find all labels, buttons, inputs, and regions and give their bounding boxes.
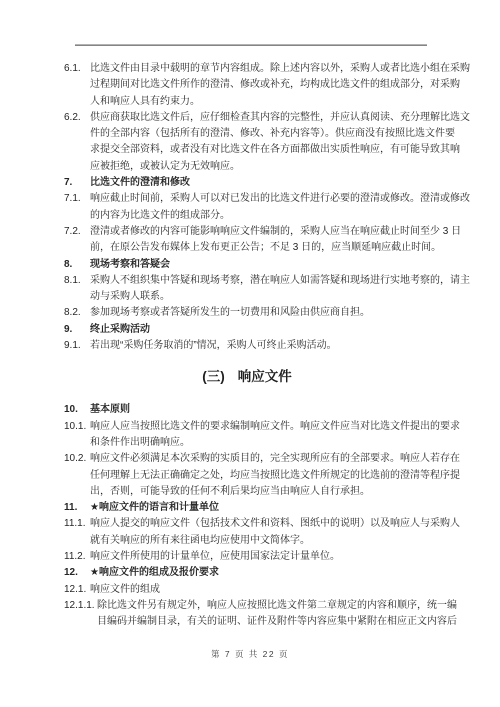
paragraph-lines: 采购人不组织集中答疑和现场考察，潜在响应人如需答疑和现场进行实地考察的，请主动与… xyxy=(90,273,430,306)
header-rule xyxy=(75,44,427,46)
text-line: 就有关响应的所有来往函电均应使用中文简体字。 xyxy=(90,533,430,549)
text-line: 响应文件的组成 xyxy=(90,582,430,598)
item-number: 12.1.1. xyxy=(64,598,97,614)
text-line: 任何理解上无法正确确定之处，均应当按照比选文件所规定的比选前的澄清等程序提 xyxy=(90,468,430,484)
paragraph-lines: 响应人提交的响应文件（包括技术文件和资料、图纸中的说明）以及响应人与采购人就有关… xyxy=(90,516,430,549)
item-number: 10.1. xyxy=(64,419,90,435)
paragraph-lines: 响应文件所使用的计量单位，应使用国家法定计量单位。 xyxy=(90,549,430,565)
text-line: 若出现“采购任务取消的”情况，采购人可终止采购活动。 xyxy=(90,338,430,354)
item-number: 9. xyxy=(64,322,90,338)
doc-paragraph: 6.1.比选文件由目录中载明的章节内容组成。除上述内容以外，采购人或者比选小组在… xyxy=(64,61,430,110)
text-line: 澄清或者修改的内容可能影响响应文件编制的，采购人应当在响应截止时间至少 3 日 xyxy=(90,224,430,240)
item-number: 6.2. xyxy=(64,110,90,126)
text-line: 响应人应当按照比选文件的要求编制响应文件。响应文件应当对比选文件提出的要求 xyxy=(90,419,430,435)
paragraph-lines: 响应人应当按照比选文件的要求编制响应文件。响应文件应当对比选文件提出的要求和条件… xyxy=(90,419,430,452)
item-number: 10. xyxy=(64,402,90,418)
text-line: 过程期间对比选文件所作的澄清、修改或补充，均构成比选文件的组成部分，对采购 xyxy=(90,77,430,93)
section-number: (三) xyxy=(202,369,225,384)
text-line: 应被拒绝，或被认定为无效响应。 xyxy=(90,159,430,175)
paragraph-lines: 比选文件由目录中载明的章节内容组成。除上述内容以外，采购人或者比选小组在采购过程… xyxy=(90,61,430,110)
heading-text: ★响应文件的组成及报价要求 xyxy=(90,565,219,581)
text-line: 和条件作出明确响应。 xyxy=(90,435,430,451)
doc-paragraph: 7.2.澄清或者修改的内容可能影响响应文件编制的，采购人应当在响应截止时间至少 … xyxy=(64,224,430,257)
text-line: 求提交全部资料，或者没有对比选文件在各方面都做出实质性响应，有可能导致其响 xyxy=(90,142,430,158)
doc-heading: 10.基本原则 xyxy=(64,402,430,418)
doc-heading: 7.比选文件的澄清和修改 xyxy=(64,175,430,191)
text-line: 响应文件所使用的计量单位，应使用国家法定计量单位。 xyxy=(90,549,430,565)
doc-paragraph: 10.1.响应人应当按照比选文件的要求编制响应文件。响应文件应当对比选文件提出的… xyxy=(64,419,430,452)
page-footer: 第 7 页 共 22 页 xyxy=(0,648,500,660)
item-number: 8.2. xyxy=(64,305,90,321)
doc-paragraph: 12.1.响应文件的组成 xyxy=(64,582,430,598)
text-line: 比选文件由目录中载明的章节内容组成。除上述内容以外，采购人或者比选小组在采购 xyxy=(90,61,430,77)
text-line: 出，否则，可能导致的任何不利后果均应当由响应人自行承担。 xyxy=(90,484,430,500)
paragraph-lines: 响应文件的组成 xyxy=(90,582,430,598)
item-number: 12. xyxy=(64,565,90,581)
doc-paragraph: 8.1.采购人不组织集中答疑和现场考察，潜在响应人如需答疑和现场进行实地考察的，… xyxy=(64,273,430,306)
section-name: 响应文件 xyxy=(238,369,292,384)
heading-text: 比选文件的澄清和修改 xyxy=(90,175,190,191)
heading-text: 现场考察和答疑会 xyxy=(90,257,170,273)
item-number: 11.2. xyxy=(64,549,90,565)
doc-paragraph: 11.1.响应人提交的响应文件（包括技术文件和资料、图纸中的说明）以及响应人与采… xyxy=(64,516,430,549)
doc-paragraph: 7.1.响应截止时间前，采购人可以对已发出的比选文件进行必要的澄清或修改。澄清或… xyxy=(64,191,430,224)
item-number: 7.2. xyxy=(64,224,90,240)
paragraph-lines: 参加现场考察或者答疑所发生的一切费用和风险由供应商自担。 xyxy=(90,305,430,321)
item-number: 11.1. xyxy=(64,516,90,532)
heading-text: 终止采购活动 xyxy=(90,322,150,338)
text-line: 响应文件必须满足本次采购的实质目的，完全实现所应有的全部要求。响应人若存在 xyxy=(90,451,430,467)
paragraph-lines: 供应商获取比选文件后，应仔细检查其内容的完整性，并应认真阅读、充分理解比选文件的… xyxy=(90,110,430,175)
paragraph-lines: 除比选文件另有规定外，响应人应按照比选文件第二章规定的内容和顺序，统一编目编码并… xyxy=(97,598,430,631)
text-line: 除比选文件另有规定外，响应人应按照比选文件第二章规定的内容和顺序，统一编 xyxy=(97,598,430,614)
heading-text: ★响应文件的语言和计量单位 xyxy=(90,500,219,516)
doc-paragraph: 11.2.响应文件所使用的计量单位，应使用国家法定计量单位。 xyxy=(64,549,430,565)
doc-paragraph: 6.2.供应商获取比选文件后，应仔细检查其内容的完整性，并应认真阅读、充分理解比… xyxy=(64,110,430,175)
paragraph-lines: 若出现“采购任务取消的”情况，采购人可终止采购活动。 xyxy=(90,338,430,354)
item-number: 10.2. xyxy=(64,451,90,467)
paragraph-lines: 响应文件必须满足本次采购的实质目的，完全实现所应有的全部要求。响应人若存在任何理… xyxy=(90,451,430,500)
doc-heading: 8.现场考察和答疑会 xyxy=(64,257,430,273)
section-title: (三)响应文件 xyxy=(64,367,430,387)
paragraph-lines: 响应截止时间前，采购人可以对已发出的比选文件进行必要的澄清或修改。澄清或修改的内… xyxy=(90,191,430,224)
item-number: 11. xyxy=(64,500,90,516)
doc-paragraph: 8.2.参加现场考察或者答疑所发生的一切费用和风险由供应商自担。 xyxy=(64,305,430,321)
item-number: 12.1. xyxy=(64,582,90,598)
doc-paragraph: 12.1.1.除比选文件另有规定外，响应人应按照比选文件第二章规定的内容和顺序，… xyxy=(64,598,430,631)
text-line: 响应截止时间前，采购人可以对已发出的比选文件进行必要的澄清或修改。澄清或修改 xyxy=(90,191,430,207)
text-line: 参加现场考察或者答疑所发生的一切费用和风险由供应商自担。 xyxy=(90,305,430,321)
item-number: 8.1. xyxy=(64,273,90,289)
paragraph-lines: 澄清或者修改的内容可能影响响应文件编制的，采购人应当在响应截止时间至少 3 日前… xyxy=(90,224,430,257)
text-line: 采购人不组织集中答疑和现场考察，潜在响应人如需答疑和现场进行实地考察的，请主 xyxy=(90,273,430,289)
text-line: 的内容为比选文件的组成部分。 xyxy=(90,208,430,224)
text-line: 人和响应人具有约束力。 xyxy=(90,94,430,110)
doc-paragraph: 9.1.若出现“采购任务取消的”情况，采购人可终止采购活动。 xyxy=(64,338,430,354)
item-number: 6.1. xyxy=(64,61,90,77)
doc-heading: 11.★响应文件的语言和计量单位 xyxy=(64,500,430,516)
heading-text: 基本原则 xyxy=(90,402,130,418)
text-line: 件的全部内容（包括所有的澄清、修改、补充内容等）。供应商没有按照比选文件要 xyxy=(90,126,430,142)
text-line: 动与采购人联系。 xyxy=(90,289,430,305)
doc-paragraph: 10.2.响应文件必须满足本次采购的实质目的，完全实现所应有的全部要求。响应人若… xyxy=(64,451,430,500)
doc-heading: 9.终止采购活动 xyxy=(64,322,430,338)
item-number: 7. xyxy=(64,175,90,191)
item-number: 8. xyxy=(64,257,90,273)
doc-heading: 12.★响应文件的组成及报价要求 xyxy=(64,565,430,581)
document-body: 6.1.比选文件由目录中载明的章节内容组成。除上述内容以外，采购人或者比选小组在… xyxy=(64,61,430,631)
text-line: 供应商获取比选文件后，应仔细检查其内容的完整性，并应认真阅读、充分理解比选文 xyxy=(90,110,430,126)
document-page: 6.1.比选文件由目录中载明的章节内容组成。除上述内容以外，采购人或者比选小组在… xyxy=(0,0,500,707)
item-number: 9.1. xyxy=(64,338,90,354)
text-line: 目编码并编制目录，有关的证明、证件及附件等内容应集中紧附在相应正文内容后 xyxy=(97,614,430,630)
text-line: 前，在原公告发布媒体上发布更正公告；不足 3 日的，应当顺延响应截止时间。 xyxy=(90,240,430,256)
text-line: 响应人提交的响应文件（包括技术文件和资料、图纸中的说明）以及响应人与采购人 xyxy=(90,516,430,532)
item-number: 7.1. xyxy=(64,191,90,207)
